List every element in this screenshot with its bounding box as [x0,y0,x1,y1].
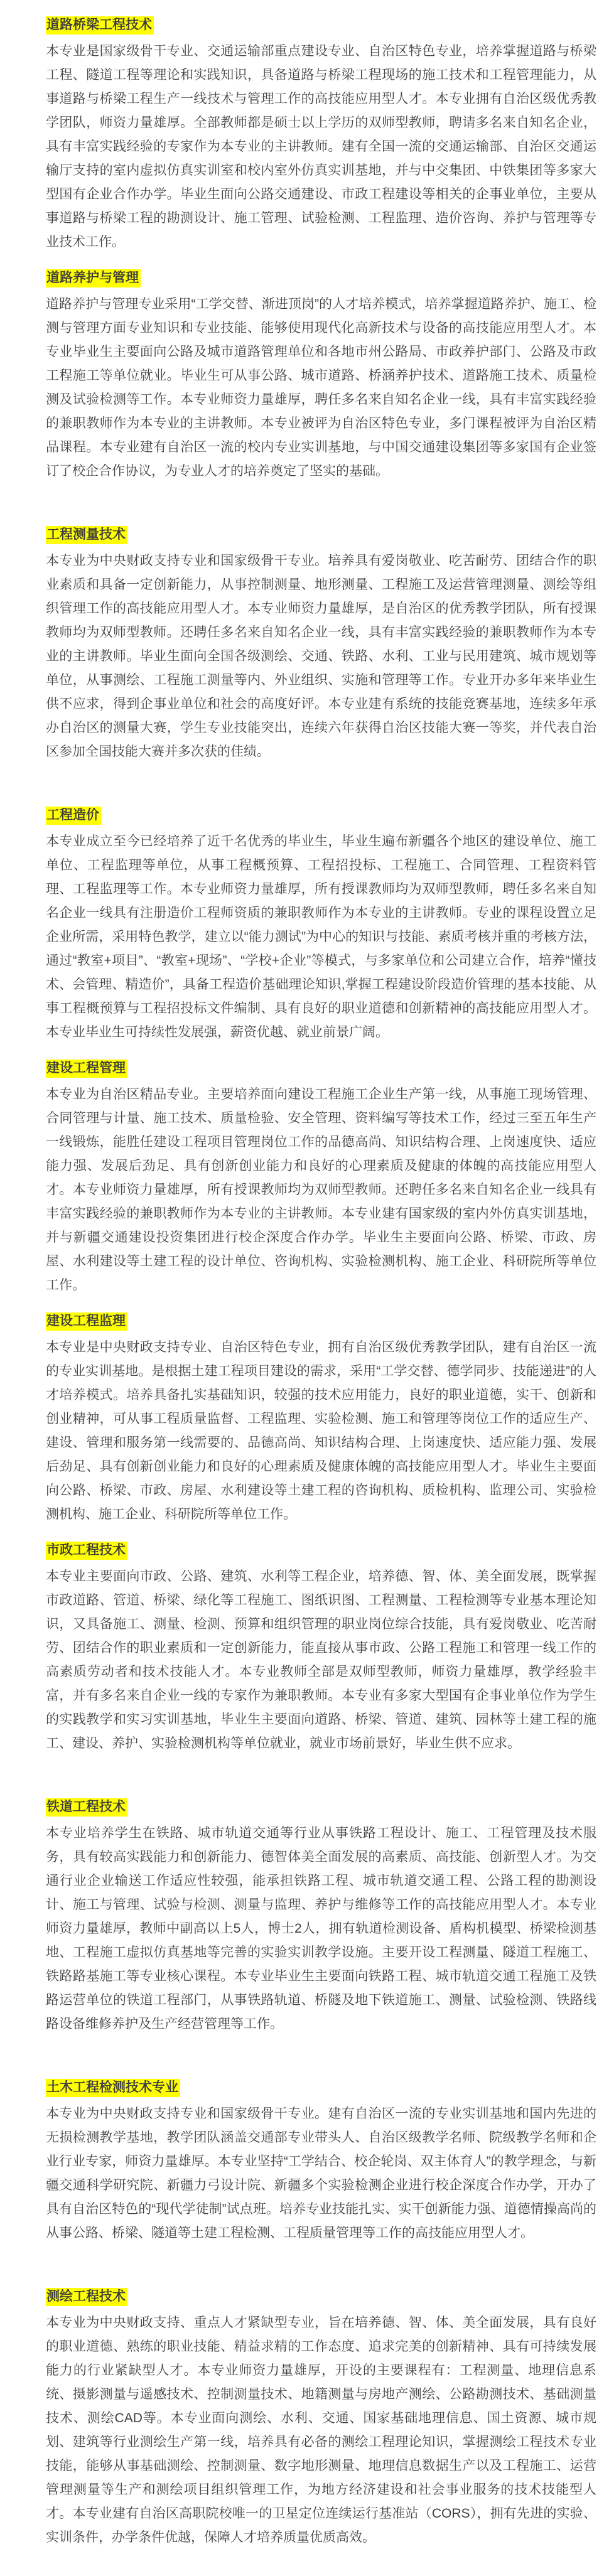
section-title-railway-engineering: 铁道工程技术 [46,1798,127,1817]
section-road-bridge-engineering: 道路桥梁工程技术 本专业是国家级骨干专业、交通运输部重点建设专业、自治区特色专业… [46,16,596,254]
section-body-construction-management: 本专业为自治区精品专业。主要培养面向建设工程施工企业生产第一线，从事施工现场管理… [46,1083,596,1297]
section-construction-supervision: 建设工程监理 本专业是中央财政支持专业、自治区特色专业，拥有自治区级优秀教学团队… [46,1305,596,1527]
section-civil-engineering-testing: 土木工程检测技术专业 本专业为中央财政支持专业和国家级骨干专业。建有自治区一流的… [46,2044,596,2245]
section-municipal-engineering: 市政工程技术 本专业主要面向市政、公路、建筑、水利等工程企业，培养德、智、体、美… [46,1534,596,1756]
section-construction-management: 建设工程管理 本专业为自治区精品专业。主要培养面向建设工程施工企业生产第一线，从… [46,1052,596,1297]
section-body-geomatics-engineering: 本专业为中央财政支持、重点人才紧缺型专业，旨在培养德、智、体、美全面发展，具有良… [46,2311,596,2550]
section-title-construction-supervision: 建设工程监理 [46,1312,127,1331]
section-road-maintenance-management: 道路养护与管理 道路养护与管理专业采用“工学交替、渐进顶岗”的人才培养模式，培养… [46,262,596,483]
section-body-engineering-cost: 本专业成立至今已经培养了近千名优秀的毕业生，毕业生遍布新疆各个地区的建设单位、施… [46,830,596,1044]
section-body-road-bridge-engineering: 本专业是国家级骨干专业、交通运输部重点建设专业、自治区特色专业，培养掌握道路与桥… [46,40,596,254]
section-railway-engineering: 铁道工程技术 本专业培养学生在铁路、城市轨道交通等行业从事铁路工程设计、施工、工… [46,1763,596,2036]
section-body-road-maintenance-management: 道路养护与管理专业采用“工学交替、渐进顶岗”的人才培养模式，培养掌握道路养护、施… [46,292,596,483]
section-body-civil-engineering-testing: 本专业为中央财政支持专业和国家级骨干专业。建有自治区一流的专业实训基地和国内先进… [46,2102,596,2245]
section-body-railway-engineering: 本专业培养学生在铁路、城市轨道交通等行业从事铁路工程设计、施工、工程管理及技术服… [46,1822,596,2036]
section-title-municipal-engineering: 市政工程技术 [46,1542,127,1560]
section-title-engineering-surveying: 工程测量技术 [46,526,127,544]
section-title-road-maintenance-management: 道路养护与管理 [46,269,141,287]
section-title-road-bridge-engineering: 道路桥梁工程技术 [46,16,154,35]
section-geomatics-engineering: 测绘工程技术 本专业为中央财政支持、重点人才紧缺型专业，旨在培养德、智、体、美全… [46,2253,596,2550]
section-title-civil-engineering-testing: 土木工程检测技术专业 [46,2079,180,2097]
program-intro-page: 道路桥梁工程技术 本专业是国家级骨干专业、交通运输部重点建设专业、自治区特色专业… [0,0,604,2576]
section-title-construction-management: 建设工程管理 [46,1060,127,1078]
section-body-municipal-engineering: 本专业主要面向市政、公路、建筑、水利等工程企业，培养德、智、体、美全面发展，既掌… [46,1565,596,1756]
section-engineering-surveying: 工程测量技术 本专业为中央财政支持专业和国家级骨干专业。培养具有爱岗敬业、吃苦耐… [46,491,596,764]
section-engineering-cost: 工程造价 本专业成立至今已经培养了近千名优秀的毕业生，毕业生遍布新疆各个地区的建… [46,771,596,1044]
section-title-engineering-cost: 工程造价 [46,807,101,825]
section-body-construction-supervision: 本专业是中央财政支持专业、自治区特色专业，拥有自治区级优秀教学团队，建有自治区一… [46,1336,596,1527]
section-title-geomatics-engineering: 测绘工程技术 [46,2288,127,2306]
section-body-engineering-surveying: 本专业为中央财政支持专业和国家级骨干专业。培养具有爱岗敬业、吃苦耐劳、团结合作的… [46,549,596,764]
